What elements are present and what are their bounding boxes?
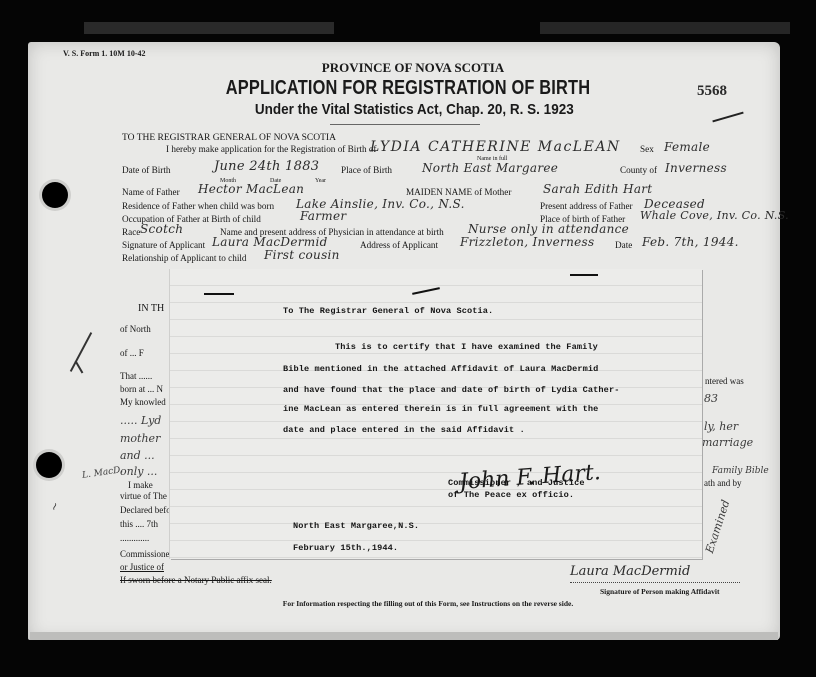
affidavit-fragment-right: ath and by: [704, 478, 742, 488]
affidavit-fragment-right: Family Bible: [712, 466, 769, 476]
affidavit-line: only ...: [120, 465, 157, 478]
certificate-place: North East Margaree,N.S.: [293, 521, 419, 531]
affidavit-line: of ... F: [120, 348, 144, 358]
affidavit-line: That ......: [120, 371, 152, 381]
year-caption: Year: [315, 178, 326, 184]
affidavit-line: My knowled: [120, 397, 166, 407]
affidavit-line: this .... 7th: [120, 519, 158, 529]
back-sheet-edge: [84, 22, 334, 34]
affidavit-fragment-right: ly, her: [704, 420, 738, 433]
date-value: Feb. 7th, 1944.: [642, 235, 739, 249]
affidavit-line: Declared befo: [120, 505, 171, 515]
affidavit-line: virtue of The: [120, 491, 167, 501]
affidavit-fragment-right: ntered was: [705, 376, 744, 386]
father-name-label: Name of Father: [122, 187, 180, 197]
applicant-signature-value: Laura MacDermid: [212, 235, 328, 249]
affidavit-line: of North: [120, 324, 151, 334]
document-subtitle: Under the Vital Statistics Act, Chap. 20…: [41, 101, 775, 118]
father-name-value: Hector MacLean: [198, 182, 304, 196]
county-value: Inverness: [665, 161, 727, 175]
place-of-birth-label: Place of Birth: [341, 165, 392, 175]
affidavit-line: I make: [128, 480, 153, 490]
child-name-value: LYDIA CATHERINE MacLEAN: [370, 139, 621, 155]
signature-line: [570, 582, 740, 583]
affiant-signature: Laura MacDermid: [570, 564, 690, 579]
divider: [330, 124, 480, 125]
mother-maiden-name-value: Sarah Edith Hart: [543, 182, 652, 196]
dash-mark: [204, 293, 234, 295]
physician-value: Nurse only in attendance: [468, 222, 629, 236]
certificate-body-line: Bible mentioned in the attached Affidavi…: [283, 364, 598, 374]
registration-number: 5568: [697, 83, 727, 100]
intro-text: I hereby make application for the Regist…: [166, 144, 376, 154]
father-present-address-label: Present address of Father: [540, 201, 633, 211]
place-of-birth-value: North East Margaree: [422, 161, 558, 175]
addressee: TO THE REGISTRAR GENERAL OF NOVA SCOTIA: [122, 133, 336, 143]
dash-mark: [570, 274, 598, 276]
affiant-caption: Signature of Person making Affidavit: [600, 587, 719, 596]
certificate-body-line: ine MacLean as entered therein is in ful…: [283, 404, 598, 414]
applicant-signature-label: Signature of Applicant: [122, 240, 205, 250]
certificate-body-line: date and place entered in the said Affid…: [283, 425, 525, 435]
form-code: V. S. Form 1. 10M 10-42: [63, 49, 146, 58]
punch-hole: [36, 452, 62, 478]
affidavit-fragment-right: 83: [704, 392, 718, 405]
document-title: APPLICATION FOR REGISTRATION OF BIRTH: [73, 77, 742, 100]
punch-hole: [42, 182, 68, 208]
certificate-body-line: and have found that the place and date o…: [283, 385, 619, 395]
date-label: Date: [615, 240, 632, 250]
applicant-address-label: Address of Applicant: [360, 240, 438, 250]
relationship-label: Relationship of Applicant to child: [122, 253, 247, 263]
relationship-value: First cousin: [264, 248, 340, 262]
county-label: County of: [620, 165, 657, 175]
certificate-date: February 15th.,1944.: [293, 543, 398, 553]
affidavit-line: born at ... N: [120, 384, 163, 394]
affidavit-line: Commissione: [120, 549, 170, 559]
certificate-body-line: This is to certify that I have examined …: [335, 342, 598, 352]
province-heading: PROVINCE OF NOVA SCOTIA: [0, 60, 816, 76]
affidavit-line: and ...: [120, 449, 155, 462]
affidavit-line: ..... Lyd: [120, 414, 161, 427]
applicant-address-value: Frizzleton, Inverness: [460, 235, 594, 249]
date-of-birth-label: Date of Birth: [122, 165, 170, 175]
affidavit-line: .............: [120, 533, 149, 543]
affidavit-line: or Justice of: [120, 562, 164, 572]
signer-title: Commissioner , and Justice: [448, 478, 585, 488]
father-occupation-value: Farmer: [300, 209, 346, 223]
race-value: Scotch: [140, 222, 183, 236]
mother-maiden-name-label: MAIDEN NAME of Mother: [406, 187, 511, 197]
race-label: Race: [122, 227, 140, 237]
sex-label: Sex: [640, 144, 654, 154]
father-birthplace-value: Whale Cove, Inv. Co. N.S.: [640, 209, 789, 222]
affidavit-heading-fragment: IN TH: [138, 303, 164, 314]
notary-note: If sworn before a Notary Public affix se…: [120, 575, 272, 585]
certificate-salutation: To The Registrar General of Nova Scotia.: [283, 306, 493, 316]
footer-instructions: For Information respecting the filling o…: [0, 599, 816, 608]
affidavit-fragment-right: marriage: [702, 436, 753, 449]
page-edge: [30, 632, 778, 640]
father-residence-label: Residence of Father when child was born: [122, 201, 274, 211]
date-of-birth-value: June 24th 1883: [214, 159, 319, 174]
back-sheet-edge: [540, 22, 790, 34]
sex-value: Female: [664, 140, 710, 154]
signer-title: of The Peace ex officio.: [448, 490, 574, 500]
affidavit-line: mother: [120, 432, 160, 445]
